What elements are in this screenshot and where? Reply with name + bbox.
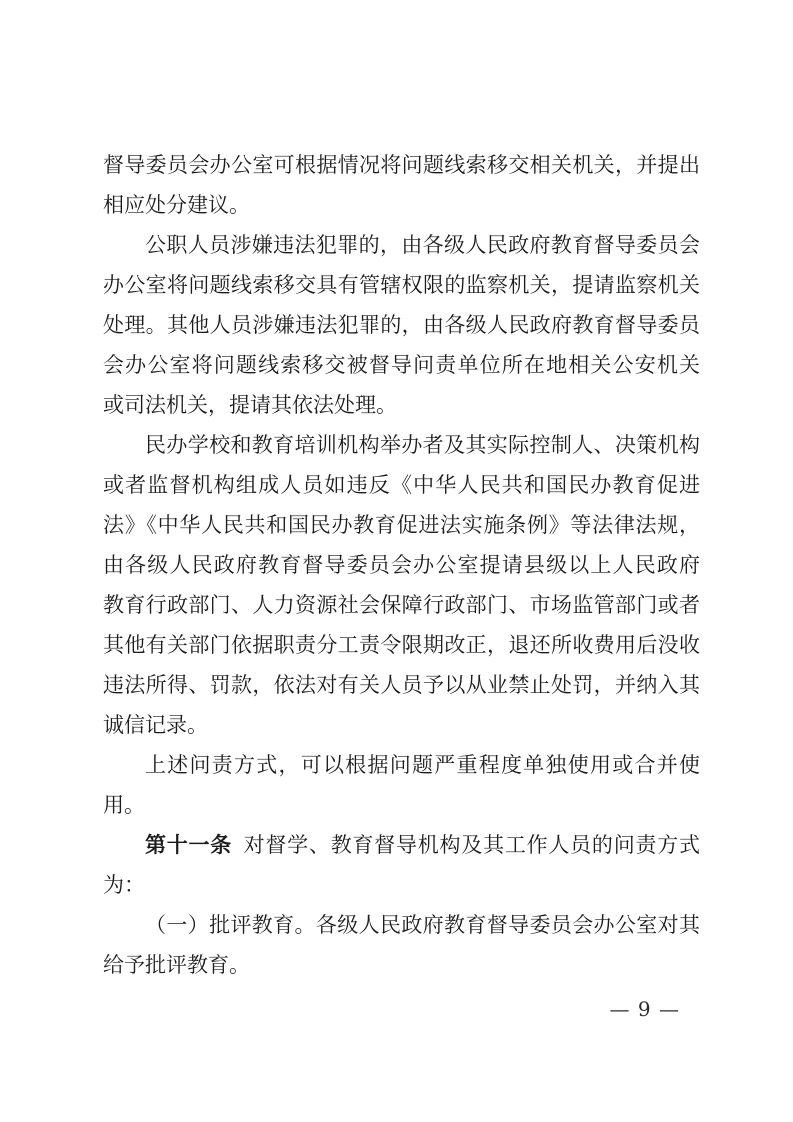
text-line: 由各级人民政府教育督导委员会办公室提请县级以上人民政府 [103,545,700,585]
text-line: 督导委员会办公室可根据情况将问题线索移交相关机关，并提出 [103,145,700,185]
document-body: 督导委员会办公室可根据情况将问题线索移交相关机关，并提出 相应处分建议。 公职人… [103,145,700,985]
page-number: — 9 — [610,997,680,1021]
text-line: （一）批评教育。各级人民政府教育督导委员会办公室对其 [103,905,700,945]
text-line: 公职人员涉嫌违法犯罪的，由各级人民政府教育督导委员会 [103,225,700,265]
text-line: 用。 [103,785,700,825]
text-line: 上述问责方式，可以根据问题严重程度单独使用或合并使 [103,745,700,785]
text-line: 或司法机关，提请其依法处理。 [103,385,700,425]
text-line: 会办公室将问题线索移交被督导问责单位所在地相关公安机关 [103,345,700,385]
paragraph: 民办学校和教育培训机构举办者及其实际控制人、决策机构 或者监督机构组成人员如违反… [103,425,700,745]
text-line: 民办学校和教育培训机构举办者及其实际控制人、决策机构 [103,425,700,465]
article-number-label: 第十一条 [145,832,232,857]
paragraph: 督导委员会办公室可根据情况将问题线索移交相关机关，并提出 相应处分建议。 [103,145,700,225]
text-line: 违法所得、罚款，依法对有关人员予以从业禁止处罚，并纳入其 [103,665,700,705]
text-line: 诚信记录。 [103,705,700,745]
text-line: 教育行政部门、人力资源社会保障行政部门、市场监管部门或者 [103,585,700,625]
text-line: 办公室将问题线索移交具有管辖权限的监察机关，提请监察机关 [103,265,700,305]
paragraph: 第十一条对督学、教育督导机构及其工作人员的问责方式 为： [103,825,700,905]
paragraph: （一）批评教育。各级人民政府教育督导委员会办公室对其 给予批评教育。 [103,905,700,985]
text-line: 或者监督机构组成人员如违反《中华人民共和国民办教育促进 [103,465,700,505]
article-title-text: 对督学、教育督导机构及其工作人员的问责方式 [244,833,700,857]
paragraph: 上述问责方式，可以根据问题严重程度单独使用或合并使 用。 [103,745,700,825]
text-line: 法》《中华人民共和国民办教育促进法实施条例》等法律法规， [103,505,700,545]
text-line: 其他有关部门依据职责分工责令限期改正，退还所收费用后没收 [103,625,700,665]
text-line: 为： [103,865,700,905]
text-line: 处理。其他人员涉嫌违法犯罪的，由各级人民政府教育督导委员 [103,305,700,345]
text-line-article-heading: 第十一条对督学、教育督导机构及其工作人员的问责方式 [103,825,700,865]
text-line: 相应处分建议。 [103,185,700,225]
text-line: 给予批评教育。 [103,945,700,985]
document-page: 督导委员会办公室可根据情况将问题线索移交相关机关，并提出 相应处分建议。 公职人… [0,0,793,1122]
paragraph: 公职人员涉嫌违法犯罪的，由各级人民政府教育督导委员会 办公室将问题线索移交具有管… [103,225,700,425]
